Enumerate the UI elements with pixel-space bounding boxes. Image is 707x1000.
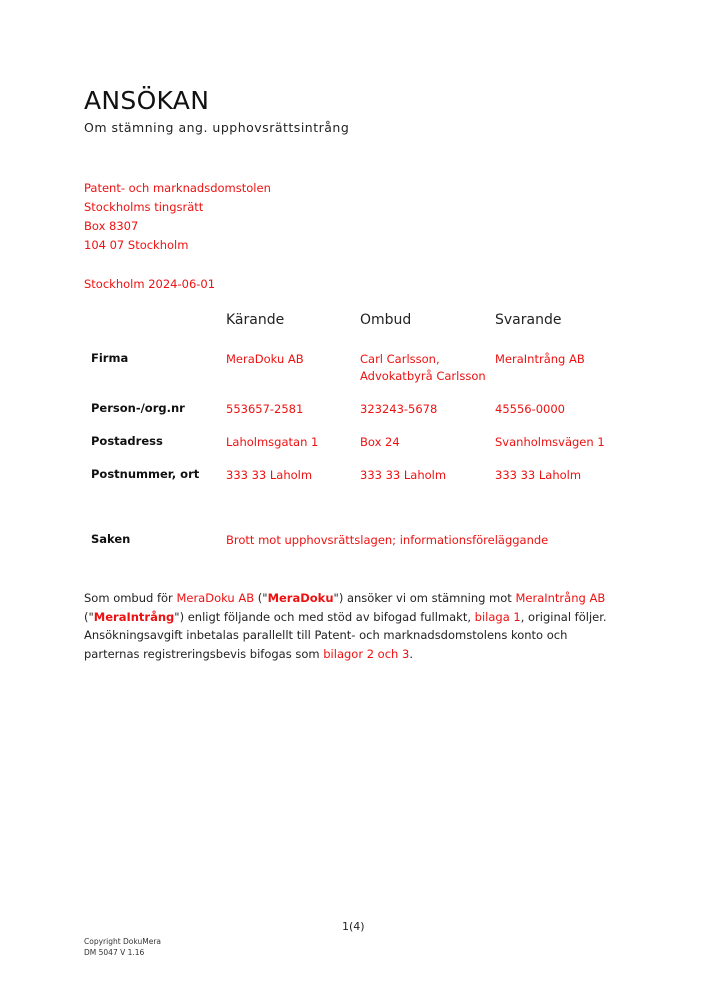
attachment-ref-1: bilaga 1	[475, 610, 521, 624]
text-run: ") ansöker vi om stämning mot	[334, 591, 516, 605]
recipient-line: Box 8307	[84, 219, 138, 233]
cell-ombud-postnummer: 333 33 Laholm	[360, 467, 446, 484]
page-number: 1(4)	[342, 920, 365, 933]
footer-doc-id: DM 5047 V 1.16	[84, 948, 144, 957]
respondent-short-name: MeraIntrång	[94, 610, 175, 624]
cell-svarande-postadress: Svanholmsvägen 1	[495, 434, 605, 451]
footer-copyright: Copyright DokuMera	[84, 937, 161, 946]
matter-value: Brott mot upphovsrättslagen; information…	[226, 532, 548, 549]
column-header-svarande: Svarande	[495, 312, 561, 328]
text-run: Som ombud för	[84, 591, 176, 605]
cell-ombud-firma: Carl Carlsson, Advokatbyrå Carlsson	[360, 351, 486, 385]
body-paragraph: Som ombud för MeraDoku AB ("MeraDoku") a…	[84, 589, 624, 663]
cell-karande-orgnr: 553657-2581	[226, 401, 303, 418]
cell-ombud-postadress: Box 24	[360, 434, 400, 451]
recipient-line: Stockholms tingsrätt	[84, 200, 203, 214]
row-label-orgnr: Person-/org.nr	[91, 401, 185, 415]
column-header-ombud: Ombud	[360, 312, 411, 328]
cell-karande-postnummer: 333 33 Laholm	[226, 467, 312, 484]
text-run: ") enligt följande och med stöd av bifog…	[174, 610, 474, 624]
document-subtitle: Om stämning ang. upphovsrättsintrång	[84, 120, 349, 135]
row-label-postadress: Postadress	[91, 434, 163, 448]
claimant-short-name: MeraDoku	[268, 591, 334, 605]
document-title: ANSÖKAN	[84, 86, 209, 115]
attachment-ref-2-3: bilagor 2 och 3	[323, 647, 409, 661]
cell-svarande-firma: MeraIntrång AB	[495, 351, 585, 368]
row-label-postnummer: Postnummer, ort	[91, 467, 199, 481]
row-label-firma: Firma	[91, 351, 128, 365]
cell-karande-postadress: Laholmsgatan 1	[226, 434, 318, 451]
respondent-name: MeraIntrång AB	[515, 591, 605, 605]
column-header-karande: Kärande	[226, 312, 284, 328]
place-date: Stockholm 2024-06-01	[84, 277, 215, 291]
recipient-line: 104 07 Stockholm	[84, 238, 188, 252]
cell-ombud-orgnr: 323243-5678	[360, 401, 437, 418]
claimant-name: MeraDoku AB	[176, 591, 254, 605]
cell-svarande-postnummer: 333 33 Laholm	[495, 467, 581, 484]
cell-svarande-orgnr: 45556-0000	[495, 401, 565, 418]
recipient-line: Patent- och marknadsdomstolen	[84, 181, 271, 195]
text-run: .	[409, 647, 413, 661]
text-run: ("	[254, 591, 267, 605]
text-run: ("	[84, 610, 94, 624]
cell-karande-firma: MeraDoku AB	[226, 351, 304, 368]
matter-label: Saken	[91, 532, 130, 546]
